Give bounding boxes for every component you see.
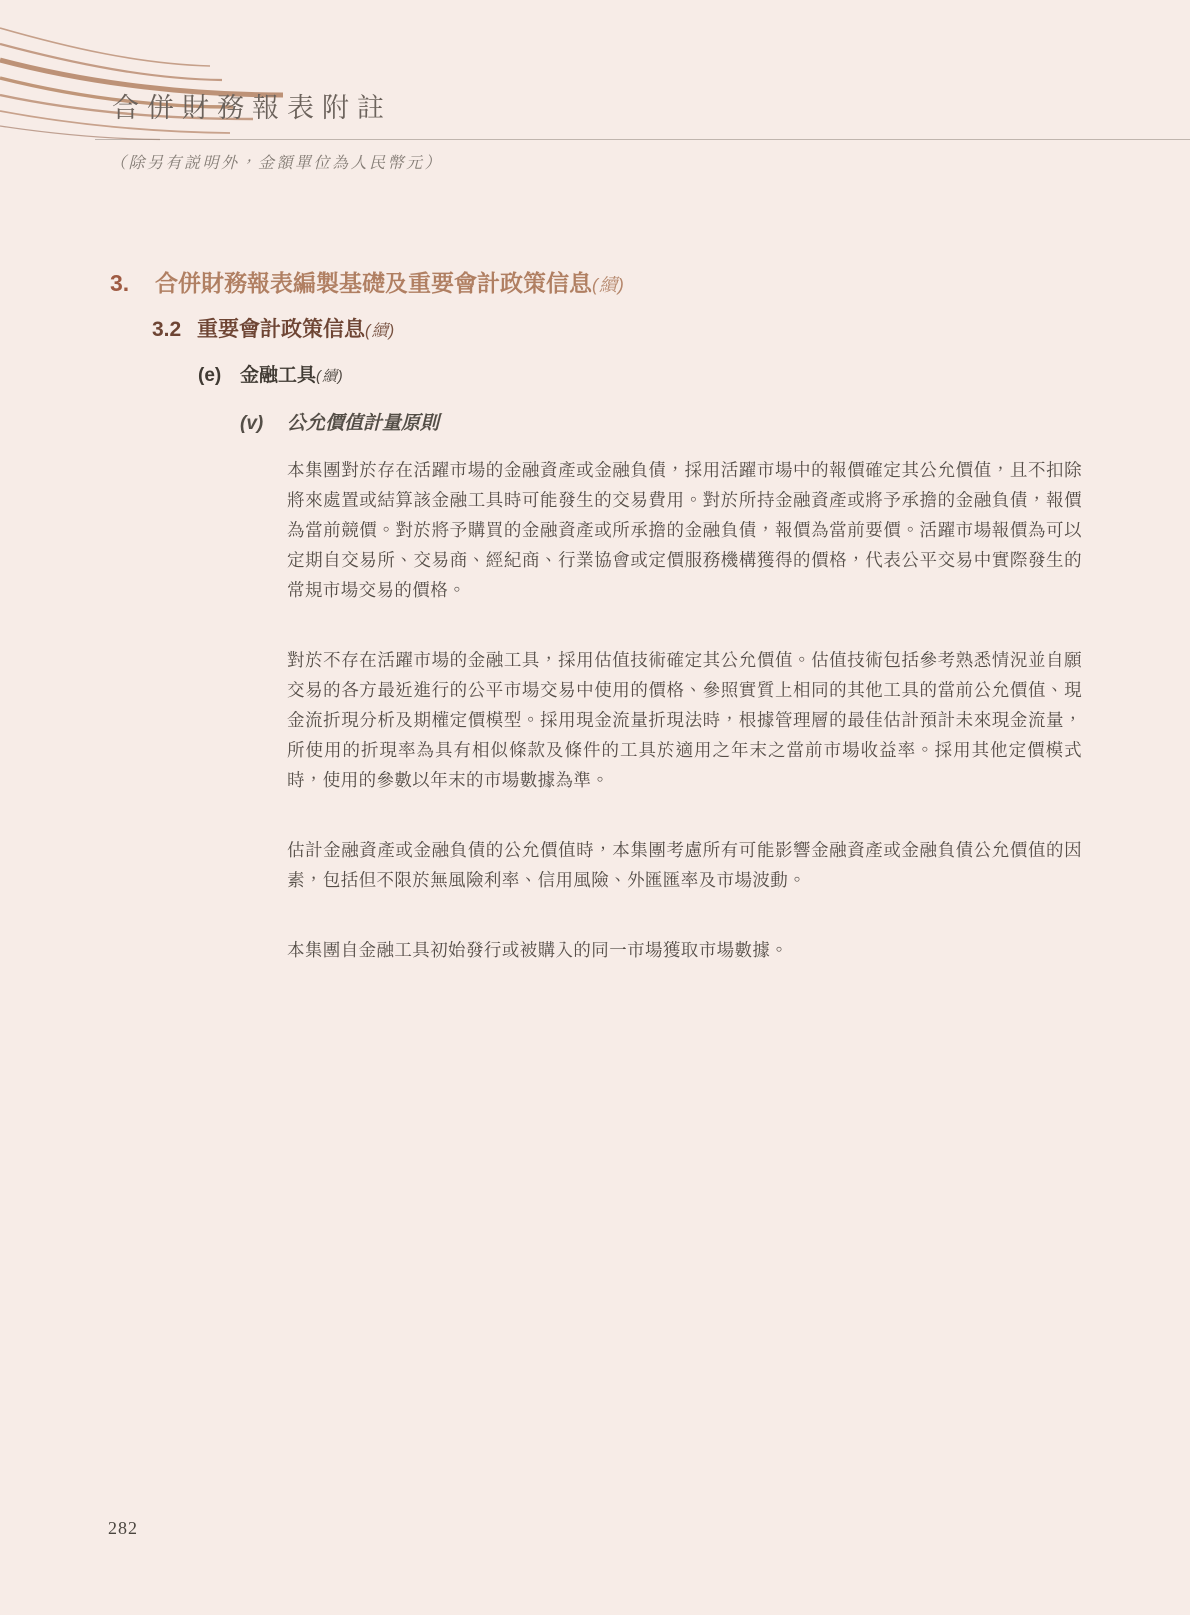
item-e-title: 金融工具(續) <box>240 362 344 391</box>
subsection-3-2-title-text: 重要會計政策信息 <box>197 318 365 341</box>
item-e-heading: (e) 金融工具(續) <box>110 362 1082 391</box>
item-e-label: (e) <box>198 362 240 390</box>
section-3-title-text: 合併財務報表編製基礎及重要會計政策信息 <box>155 270 592 296</box>
item-v-title: 公允價值計量原則 <box>287 410 439 438</box>
paragraph-4: 本集團自金融工具初始發行或被購入的同一市場獲取市場數據。 <box>287 935 1082 965</box>
page-number: 282 <box>108 1518 138 1539</box>
subsection-3-2-title: 重要會計政策信息(續) <box>197 315 395 346</box>
item-v-heading: (v) 公允價值計量原則 <box>110 410 1082 438</box>
paragraph-3: 估計金融資產或金融負債的公允價值時，本集團考慮所有可能影響金融資產或金融負債公允… <box>287 835 1082 895</box>
body-paragraphs: 本集團對於存在活躍市場的金融資產或金融負債，採用活躍市場中的報價確定其公允價值，… <box>110 455 1082 965</box>
page-subtitle: （除另有説明外，金額單位為人民幣元） <box>110 150 443 173</box>
subsection-3-2-number: 3.2 <box>152 315 197 345</box>
header-divider <box>95 139 1190 140</box>
subsection-3-2-continued: (續) <box>365 322 395 340</box>
item-e-title-text: 金融工具 <box>240 365 316 386</box>
section-3-heading: 3. 合併財務報表編製基礎及重要會計政策信息(續) <box>110 268 1082 300</box>
main-content: 3. 合併財務報表編製基礎及重要會計政策信息(續) 3.2 重要會計政策信息(續… <box>110 268 1082 1005</box>
item-v-label: (v) <box>240 410 287 438</box>
swoosh-decoration-icon <box>0 0 320 170</box>
section-3-number: 3. <box>110 268 155 298</box>
item-e-continued: (續) <box>316 369 344 385</box>
page-title: 合併財務報表附註 <box>112 86 392 125</box>
section-3-continued: (續) <box>592 275 625 295</box>
document-page: 合併財務報表附註 （除另有説明外，金額單位為人民幣元） 3. 合併財務報表編製基… <box>0 0 1190 1615</box>
section-3-title: 合併財務報表編製基礎及重要會計政策信息(續) <box>155 268 625 300</box>
paragraph-2: 對於不存在活躍市場的金融工具，採用估值技術確定其公允價值。估值技術包括參考熟悉情… <box>287 645 1082 795</box>
paragraph-1: 本集團對於存在活躍市場的金融資產或金融負債，採用活躍市場中的報價確定其公允價值，… <box>287 455 1082 605</box>
subsection-3-2-heading: 3.2 重要會計政策信息(續) <box>110 315 1082 346</box>
